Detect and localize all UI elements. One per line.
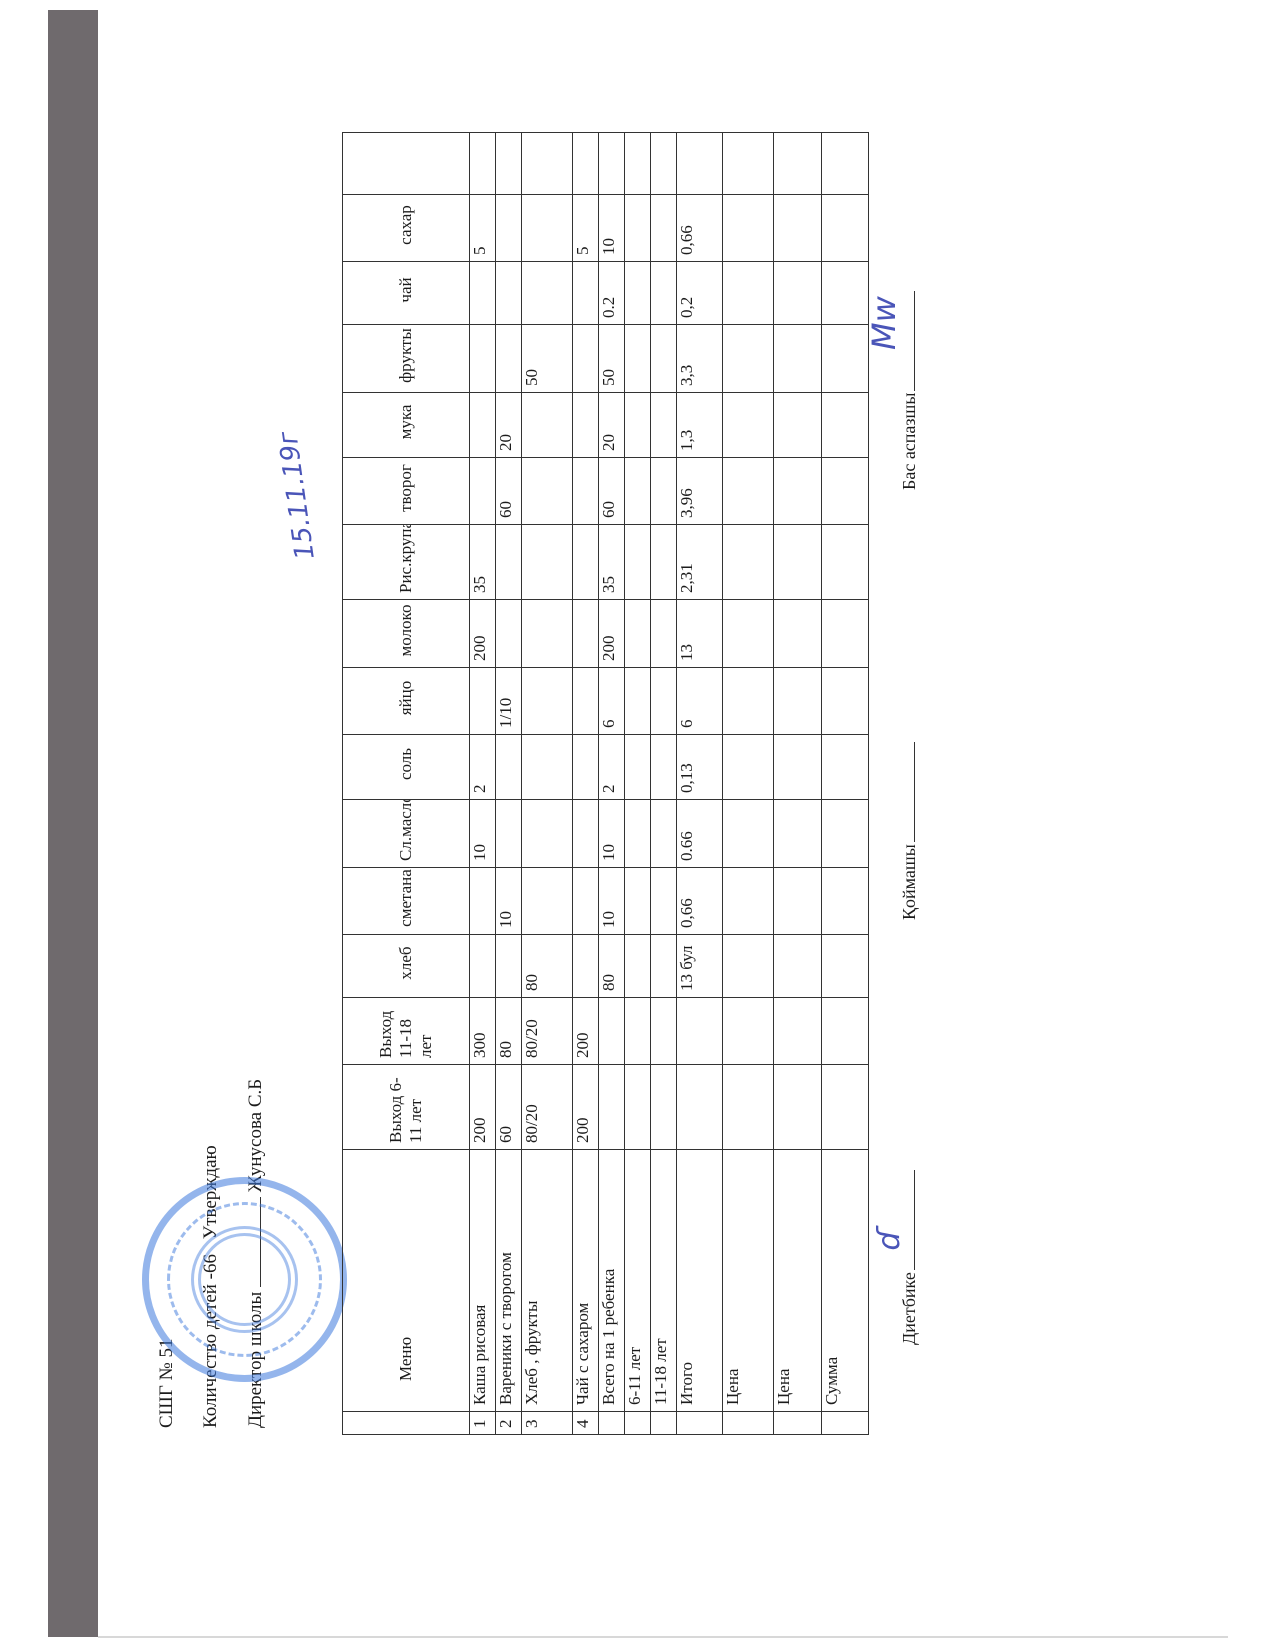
table-cell — [677, 998, 723, 1065]
table-cell — [774, 800, 822, 868]
table-cell — [470, 935, 496, 998]
table-cell — [522, 735, 573, 800]
table-cell — [723, 133, 774, 195]
table-cell — [822, 262, 869, 325]
table-cell — [723, 1065, 774, 1150]
row-dish-name: Цена — [723, 1150, 774, 1412]
table-cell — [651, 133, 677, 195]
table-cell — [651, 600, 677, 668]
director-name: Жунусова С.Б — [245, 1079, 266, 1192]
table-cell: 200 — [470, 1065, 496, 1150]
table-cell — [723, 935, 774, 998]
table-cell — [774, 325, 822, 393]
table-cell — [522, 195, 573, 262]
table-cell — [522, 393, 573, 458]
table-cell: 50 — [522, 325, 573, 393]
head-cook-label: Бас аспазшы — [899, 393, 919, 490]
table-cell — [470, 262, 496, 325]
table-cell — [496, 325, 522, 393]
table-cell — [723, 800, 774, 868]
dietitian-label: Диетбике — [899, 1272, 919, 1345]
table-cell — [496, 195, 522, 262]
table-cell — [774, 935, 822, 998]
table-cell: 80/20 — [522, 998, 573, 1065]
row-dish-name: Каша рисовая — [470, 1150, 496, 1412]
table-cell — [822, 1065, 869, 1150]
table-cell — [522, 668, 573, 735]
table-cell — [822, 735, 869, 800]
table-cell — [822, 195, 869, 262]
handwritten-date: 15.11.19г — [273, 429, 321, 561]
column-header: Рис.крупа — [343, 525, 470, 600]
row-number — [599, 1412, 625, 1435]
table-cell: 60 — [599, 458, 625, 525]
table-cell — [651, 735, 677, 800]
table-cell — [625, 325, 651, 393]
table-cell — [573, 668, 599, 735]
table-cell: 300 — [470, 998, 496, 1065]
row-number — [625, 1412, 651, 1435]
table-cell — [573, 133, 599, 195]
table-cell — [651, 668, 677, 735]
table-cell — [651, 868, 677, 935]
table-cell — [496, 600, 522, 668]
table-cell — [723, 458, 774, 525]
table-cell: 5 — [573, 195, 599, 262]
table-cell — [651, 1065, 677, 1150]
table-cell: 2,31 — [677, 525, 723, 600]
table-cell — [822, 800, 869, 868]
table-cell — [496, 525, 522, 600]
column-header — [343, 1412, 470, 1435]
table-cell: 50 — [599, 325, 625, 393]
head-cook-signature-mark: Мw — [865, 296, 903, 350]
table-row: 3Хлеб , фрукты80/2080/208050 — [522, 133, 573, 1435]
table-cell: 35 — [599, 525, 625, 600]
table-cell: 200 — [573, 1065, 599, 1150]
table-row: 6-11 лет — [625, 133, 651, 1435]
row-number: 3 — [522, 1412, 573, 1435]
dietitian-signature-mark: ɗ — [872, 1228, 907, 1250]
table-cell — [522, 525, 573, 600]
table-cell — [496, 262, 522, 325]
table-cell: 80 — [599, 935, 625, 998]
column-header: сметана — [343, 868, 470, 935]
table-cell — [470, 325, 496, 393]
table-cell — [651, 325, 677, 393]
table-cell — [573, 458, 599, 525]
table-cell — [774, 735, 822, 800]
table-cell: 3,3 — [677, 325, 723, 393]
table-cell — [723, 868, 774, 935]
table-cell — [573, 600, 599, 668]
column-header: хлеб — [343, 935, 470, 998]
table-cell: 80 — [496, 998, 522, 1065]
table-cell — [774, 1065, 822, 1150]
table-cell — [822, 393, 869, 458]
table-cell: 3,96 — [677, 458, 723, 525]
table-cell — [651, 525, 677, 600]
column-header: Меню — [343, 1150, 470, 1412]
table-cell: 60 — [496, 1065, 522, 1150]
table-cell — [625, 935, 651, 998]
table-cell — [470, 133, 496, 195]
table-cell: 200 — [573, 998, 599, 1065]
table-cell — [774, 525, 822, 600]
table-cell — [651, 800, 677, 868]
table-cell — [774, 195, 822, 262]
table-cell: 0,66 — [677, 195, 723, 262]
column-header: фрукты — [343, 325, 470, 393]
column-header: творог — [343, 458, 470, 525]
table-row: 2Вареники с творогом6080101/106020 — [496, 133, 522, 1435]
table-cell: 0.66 — [677, 800, 723, 868]
table-cell — [723, 998, 774, 1065]
table-cell: 13 бул — [677, 935, 723, 998]
table-row: 1Каша рисовая200300102200355 — [470, 133, 496, 1435]
table-cell — [822, 600, 869, 668]
row-number — [651, 1412, 677, 1435]
table-cell — [496, 800, 522, 868]
table-cell: 10 — [599, 800, 625, 868]
table-cell — [822, 935, 869, 998]
table-cell — [723, 600, 774, 668]
menu-table: МенюВыход 6-11 летВыход 11-18 летхлебсме… — [342, 132, 869, 1435]
row-dish-name: Хлеб , фрукты — [522, 1150, 573, 1412]
row-number: 2 — [496, 1412, 522, 1435]
table-cell — [822, 525, 869, 600]
table-cell — [522, 868, 573, 935]
table-row: Цена — [774, 133, 822, 1435]
table-cell: 200 — [599, 600, 625, 668]
table-cell — [522, 133, 573, 195]
table-row: Цена — [723, 133, 774, 1435]
table-cell — [599, 998, 625, 1065]
table-cell — [573, 325, 599, 393]
table-cell — [723, 262, 774, 325]
table-cell — [774, 262, 822, 325]
table-cell — [496, 935, 522, 998]
table-cell: 5 — [470, 195, 496, 262]
column-header: Сл.масло — [343, 800, 470, 868]
table-row: 11-18 лет — [651, 133, 677, 1435]
table-cell — [522, 600, 573, 668]
official-stamp — [142, 1177, 347, 1382]
table-cell — [573, 393, 599, 458]
row-dish-name: 11-18 лет — [651, 1150, 677, 1412]
table-cell — [723, 668, 774, 735]
table-cell — [774, 998, 822, 1065]
table-cell — [723, 735, 774, 800]
table-cell — [822, 998, 869, 1065]
table-row: 4Чай с сахаром2002005 — [573, 133, 599, 1435]
table-cell — [573, 935, 599, 998]
column-header: мука — [343, 393, 470, 458]
table-cell: 10 — [599, 195, 625, 262]
table-cell — [651, 935, 677, 998]
table-cell — [625, 735, 651, 800]
table-cell: 0,2 — [677, 262, 723, 325]
table-cell — [625, 868, 651, 935]
table-cell — [651, 393, 677, 458]
table-cell: 0.2 — [599, 262, 625, 325]
row-dish-name: Всего на 1 ребенка — [599, 1150, 625, 1412]
row-dish-name: Сумма — [822, 1150, 869, 1412]
header-row: МенюВыход 6-11 летВыход 11-18 летхлебсме… — [343, 133, 470, 1435]
table-cell: 10 — [599, 868, 625, 935]
table-cell — [625, 800, 651, 868]
column-header: молоко — [343, 600, 470, 668]
table-cell — [677, 133, 723, 195]
table-cell — [573, 262, 599, 325]
row-number — [822, 1412, 869, 1435]
table-cell — [573, 525, 599, 600]
table-cell — [625, 133, 651, 195]
table-cell — [573, 800, 599, 868]
table-cell — [822, 668, 869, 735]
table-cell — [522, 800, 573, 868]
table-cell: 200 — [470, 600, 496, 668]
table-cell — [496, 133, 522, 195]
row-dish-name: Цена — [774, 1150, 822, 1412]
table-cell — [522, 458, 573, 525]
table-cell: 80 — [522, 935, 573, 998]
table-cell — [774, 458, 822, 525]
table-cell: 6 — [677, 668, 723, 735]
table-cell: 0,66 — [677, 868, 723, 935]
table-cell: 60 — [496, 458, 522, 525]
table-cell — [625, 525, 651, 600]
table-cell: 1/10 — [496, 668, 522, 735]
table-cell — [774, 393, 822, 458]
table-cell — [625, 262, 651, 325]
table-cell — [573, 868, 599, 935]
table-cell — [470, 458, 496, 525]
column-header: яйцо — [343, 668, 470, 735]
table-cell — [651, 262, 677, 325]
table-cell: 35 — [470, 525, 496, 600]
table-cell: 6 — [599, 668, 625, 735]
table-cell — [723, 525, 774, 600]
row-number — [677, 1412, 723, 1435]
table-cell: 2 — [599, 735, 625, 800]
table-cell — [723, 393, 774, 458]
signature-dietitian: Диетбике — [898, 1170, 920, 1345]
table-cell — [774, 868, 822, 935]
table-row: Всего на 1 ребенка80101026200356020500.2… — [599, 133, 625, 1435]
table-cell — [822, 133, 869, 195]
table-cell — [822, 325, 869, 393]
table-cell — [470, 668, 496, 735]
table-cell — [573, 735, 599, 800]
table-cell: 10 — [470, 800, 496, 868]
row-number — [723, 1412, 774, 1435]
table-cell: 20 — [599, 393, 625, 458]
row-dish-name: Итого — [677, 1150, 723, 1412]
row-dish-name: Чай с сахаром — [573, 1150, 599, 1412]
table-cell — [599, 1065, 625, 1150]
table-cell — [651, 458, 677, 525]
table-cell: 0,13 — [677, 735, 723, 800]
row-number: 4 — [573, 1412, 599, 1435]
table-cell — [774, 668, 822, 735]
table-cell — [723, 195, 774, 262]
table-cell: 1,3 — [677, 393, 723, 458]
row-number: 1 — [470, 1412, 496, 1435]
column-header — [343, 133, 470, 195]
table-cell — [625, 1065, 651, 1150]
table-cell — [496, 735, 522, 800]
table-cell — [625, 393, 651, 458]
document-page: СШГ № 51 Количество детей -66 Утверждаю … — [0, 0, 1275, 1650]
row-dish-name: Вареники с творогом — [496, 1150, 522, 1412]
storekeeper-label: Қоймашы — [899, 844, 919, 920]
table-cell — [651, 998, 677, 1065]
table-cell — [822, 868, 869, 935]
column-header: сахар — [343, 195, 470, 262]
table-cell — [723, 325, 774, 393]
table-cell — [677, 1065, 723, 1150]
table-cell — [599, 133, 625, 195]
table-cell — [822, 458, 869, 525]
row-dish-name: 6-11 лет — [625, 1150, 651, 1412]
table-cell — [625, 668, 651, 735]
signature-storekeeper: Қоймашы — [898, 742, 920, 920]
column-header: соль — [343, 735, 470, 800]
table-cell — [625, 998, 651, 1065]
table-cell — [625, 458, 651, 525]
table-row: Сумма — [822, 133, 869, 1435]
table-cell: 20 — [496, 393, 522, 458]
row-number — [774, 1412, 822, 1435]
table-cell — [625, 600, 651, 668]
table-cell — [470, 868, 496, 935]
table-cell: 10 — [496, 868, 522, 935]
table-cell: 80/20 — [522, 1065, 573, 1150]
column-header: Выход 11-18 лет — [343, 998, 470, 1065]
table-cell — [625, 195, 651, 262]
table-cell — [470, 393, 496, 458]
table-cell — [774, 133, 822, 195]
table-cell — [651, 195, 677, 262]
column-header: чай — [343, 262, 470, 325]
table-cell: 13 — [677, 600, 723, 668]
table-cell — [522, 262, 573, 325]
table-cell — [774, 600, 822, 668]
column-header: Выход 6-11 лет — [343, 1065, 470, 1150]
table-row: Итого13 бул0,660.660,136132,313,961,33,3… — [677, 133, 723, 1435]
table-cell: 2 — [470, 735, 496, 800]
